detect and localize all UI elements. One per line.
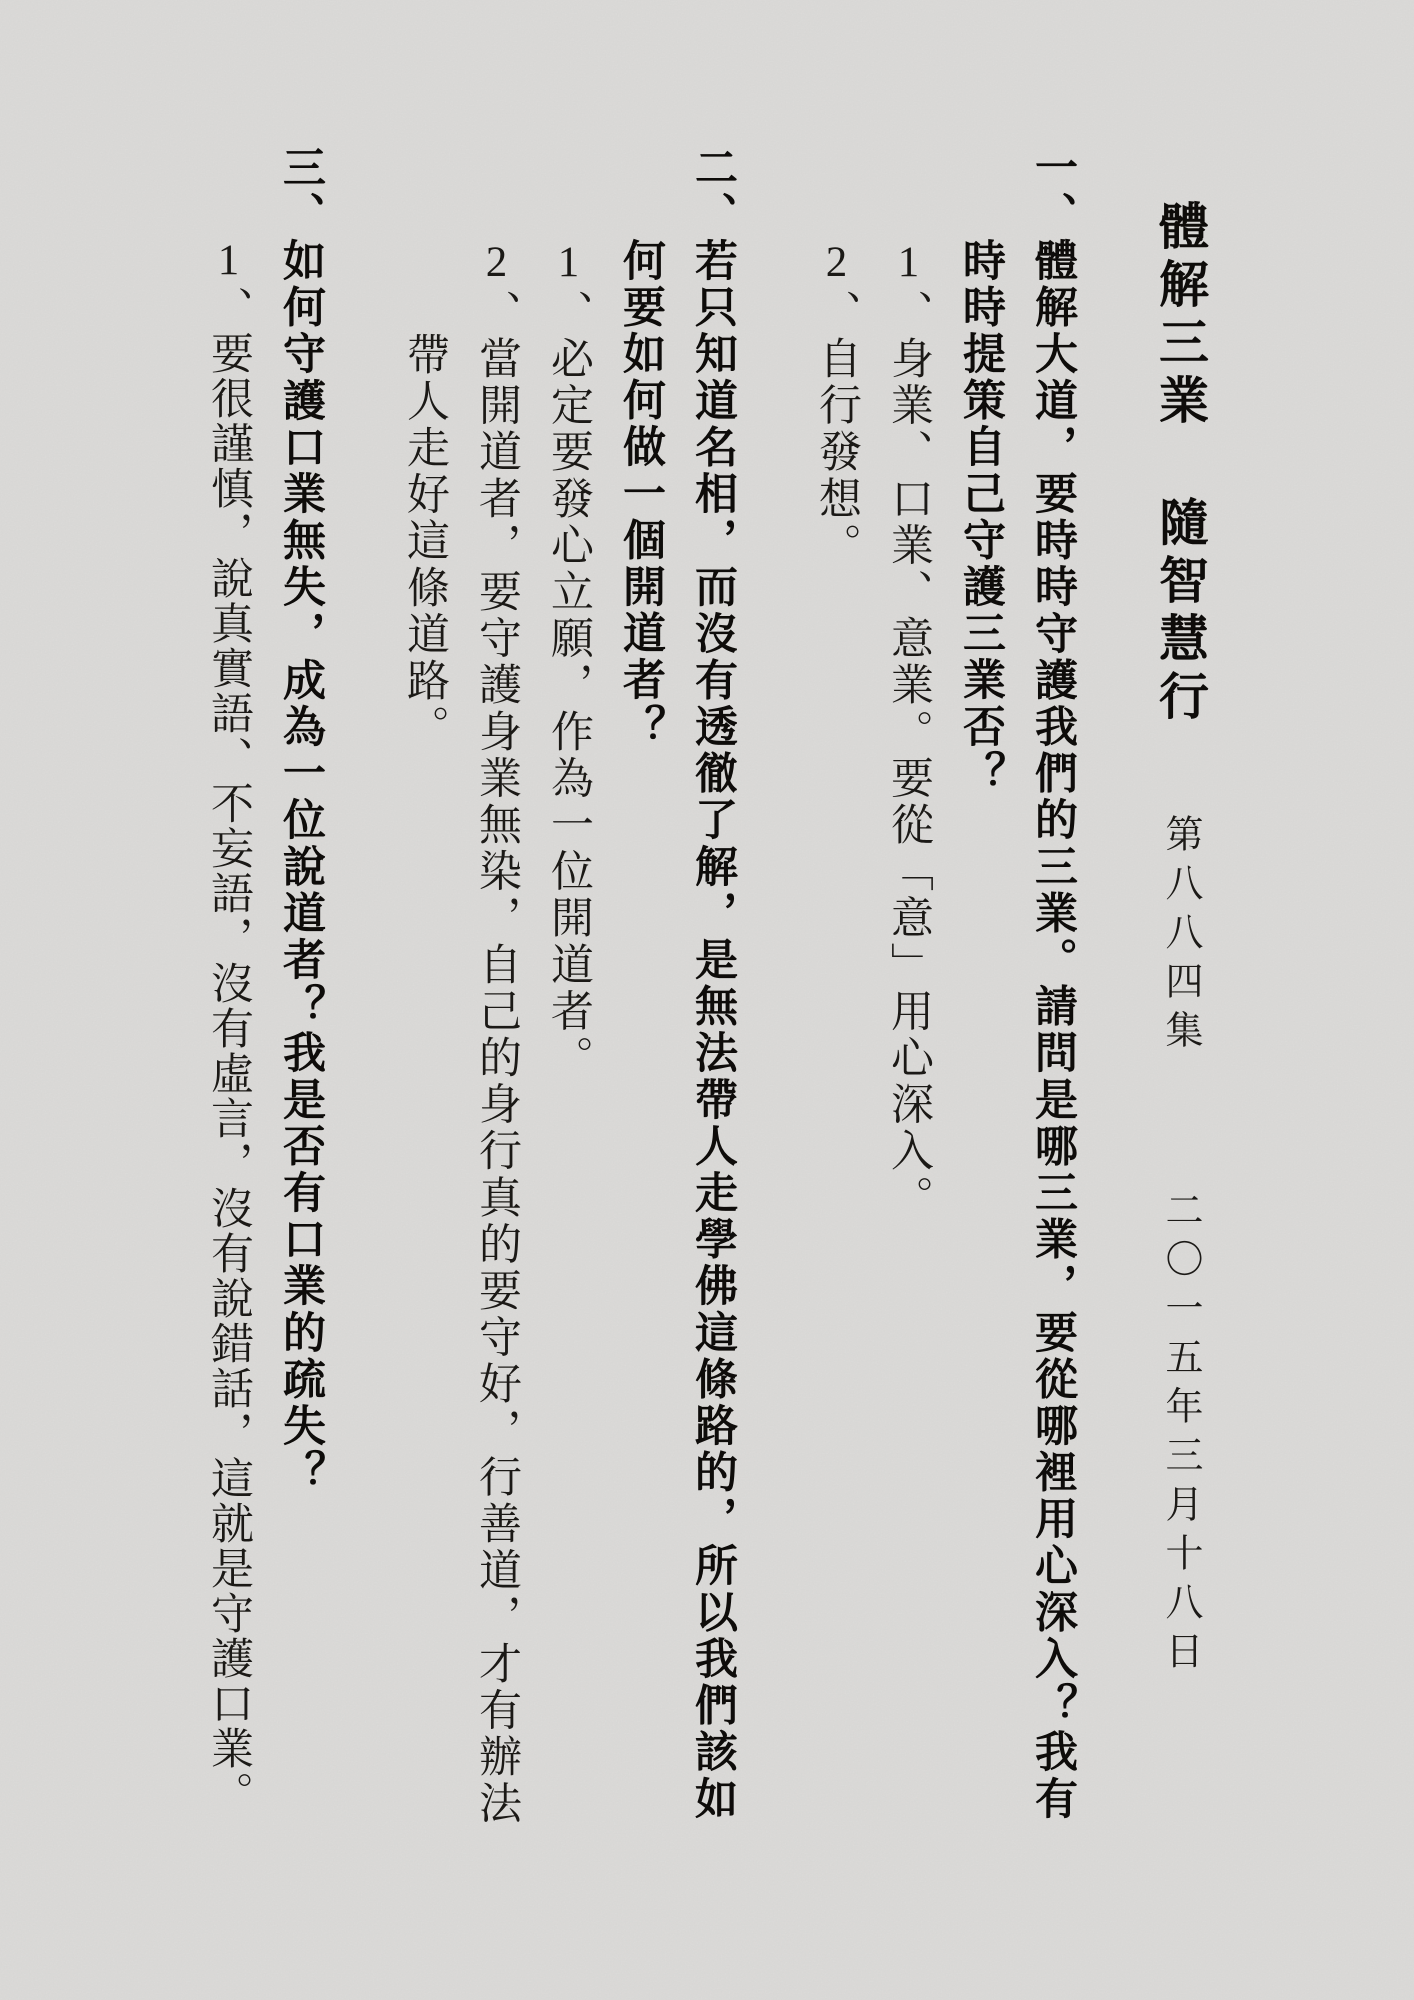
section-2: 二、若只知道名相，而沒有透徹了解，是無法帶人走學佛這條路的，所以我們該如何要如何… — [388, 145, 748, 1845]
section-1-heading: 一、體解大道，要時時守護我們的三業。請問是哪三業，要從哪裡用心深入？我有時時提策… — [944, 145, 1088, 1845]
section-1-item-2: 2、自行發想。 — [800, 145, 872, 1845]
page-title: 體解三業 隨智慧行 — [1152, 200, 1208, 728]
title-block: 體解三業 隨智慧行 第八八四集 二〇一五年三月十八日 — [1140, 200, 1220, 1845]
section-2-item-2: 2、當開道者，要守護身業無染，自己的身行真的要守好，行善道，才有辦法帶人走好這條… — [388, 145, 532, 1845]
section-3-heading: 三、如何守護口業無失，成為一位說道者？我是否有口業的疏失？ — [264, 145, 336, 1845]
section-2-heading: 二、若只知道名相，而沒有透徹了解，是無法帶人走學佛這條路的，所以我們該如何要如何… — [604, 145, 748, 1845]
section-1: 一、體解大道，要時時守護我們的三業。請問是哪三業，要從哪裡用心深入？我有時時提策… — [800, 145, 1088, 1845]
episode-number: 第八八四集 — [1159, 814, 1201, 1059]
lecture-date: 二〇一五年三月十八日 — [1159, 1190, 1201, 1680]
section-3-item-1: 1、要很謹慎，說真實語、不妄語，沒有虛言，沒有說錯話，這就是守護口業。 — [192, 145, 264, 1845]
vertical-text-flow: 體解三業 隨智慧行 第八八四集 二〇一五年三月十八日 一、體解大道，要時時守護我… — [90, 145, 1220, 1845]
section-3: 三、如何守護口業無失，成為一位說道者？我是否有口業的疏失？ 1、要很謹慎，說真實… — [192, 145, 336, 1845]
section-1-item-1: 1、身業、口業、意業。要從「意」用心深入。 — [872, 145, 944, 1845]
section-2-item-1: 1、必定要發心立願，作為一位開道者。 — [532, 145, 604, 1845]
document-page: 體解三業 隨智慧行 第八八四集 二〇一五年三月十八日 一、體解大道，要時時守護我… — [0, 0, 1414, 2000]
